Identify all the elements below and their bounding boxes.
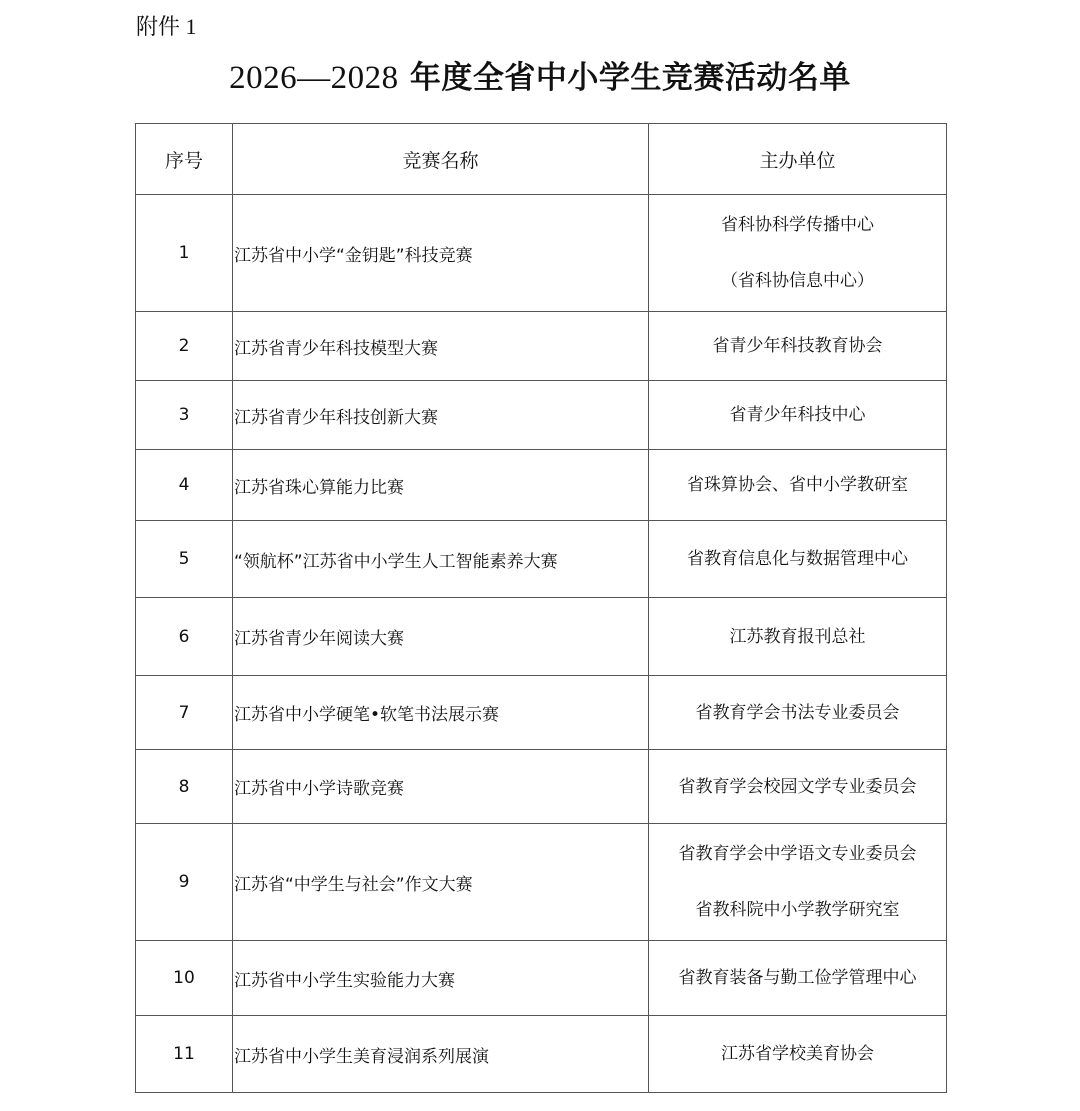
organizer-line: 省教育学会校园文学专业委员会 xyxy=(649,759,946,815)
organizer-cell: 省科协科学传播中心（省科协信息中心） xyxy=(649,195,947,312)
table-row: 2江苏省青少年科技模型大赛省青少年科技教育协会 xyxy=(136,312,947,381)
table-row: 11江苏省中小学生美育浸润系列展演江苏省学校美育协会 xyxy=(136,1016,947,1093)
competition-name: 江苏省中小学硬笔•软笔书法展示赛 xyxy=(233,676,649,750)
organizer-line: 省珠算协会、省中小学教研室 xyxy=(649,457,946,513)
competition-name: 江苏省中小学“金钥匙”科技竞赛 xyxy=(233,195,649,312)
row-number: 4 xyxy=(136,450,233,521)
row-number: 9 xyxy=(136,824,233,941)
organizer-cell: 省青少年科技教育协会 xyxy=(649,312,947,381)
table-row: 8江苏省中小学诗歌竞赛省教育学会校园文学专业委员会 xyxy=(136,750,947,824)
organizer-line: 省教育信息化与数据管理中心 xyxy=(649,531,946,587)
row-number: 11 xyxy=(136,1016,233,1093)
organizer-cell: 江苏教育报刊总社 xyxy=(649,598,947,676)
competition-name: 江苏省中小学诗歌竞赛 xyxy=(233,750,649,824)
row-number: 1 xyxy=(136,195,233,312)
organizer-cell: 省教育装备与勤工俭学管理中心 xyxy=(649,941,947,1016)
table-body: 1江苏省中小学“金钥匙”科技竞赛省科协科学传播中心（省科协信息中心）2江苏省青少… xyxy=(136,195,947,1093)
organizer-cell: 省青少年科技中心 xyxy=(649,381,947,450)
table-header-row: 序号 竞赛名称 主办单位 xyxy=(136,124,947,195)
organizer-line: 省青少年科技中心 xyxy=(649,387,946,443)
organizer-line: 江苏教育报刊总社 xyxy=(649,609,946,665)
competition-name: 江苏省中小学生美育浸润系列展演 xyxy=(233,1016,649,1093)
table-row: 3江苏省青少年科技创新大赛省青少年科技中心 xyxy=(136,381,947,450)
header-competition-name: 竞赛名称 xyxy=(233,124,649,195)
organizer-line: 省青少年科技教育协会 xyxy=(649,318,946,374)
row-number: 5 xyxy=(136,521,233,598)
organizer-line: （省科协信息中心） xyxy=(649,253,946,309)
table-row: 4江苏省珠心算能力比赛省珠算协会、省中小学教研室 xyxy=(136,450,947,521)
competition-name: 江苏省青少年阅读大赛 xyxy=(233,598,649,676)
organizer-cell: 省教育学会校园文学专业委员会 xyxy=(649,750,947,824)
row-number: 8 xyxy=(136,750,233,824)
organizer-cell: 省教育信息化与数据管理中心 xyxy=(649,521,947,598)
organizer-line: 江苏省学校美育协会 xyxy=(649,1026,946,1082)
table-row: 1江苏省中小学“金钥匙”科技竞赛省科协科学传播中心（省科协信息中心） xyxy=(136,195,947,312)
table-row: 5“领航杯”江苏省中小学生人工智能素养大赛省教育信息化与数据管理中心 xyxy=(136,521,947,598)
organizer-cell: 省珠算协会、省中小学教研室 xyxy=(649,450,947,521)
competition-name: 江苏省“中学生与社会”作文大赛 xyxy=(233,824,649,941)
organizer-line: 省科协科学传播中心 xyxy=(649,197,946,253)
row-number: 6 xyxy=(136,598,233,676)
organizer-line: 省教育学会中学语文专业委员会 xyxy=(649,826,946,882)
row-number: 7 xyxy=(136,676,233,750)
table-row: 6江苏省青少年阅读大赛江苏教育报刊总社 xyxy=(136,598,947,676)
title-text: 年度全省中小学生竞赛活动名单 xyxy=(399,60,851,96)
organizer-line: 省教科院中小学教学研究室 xyxy=(649,882,946,938)
title-years: 2026—2028 xyxy=(229,60,399,96)
competition-name: 江苏省青少年科技创新大赛 xyxy=(233,381,649,450)
competition-name: 江苏省中小学生实验能力大赛 xyxy=(233,941,649,1016)
competition-name: “领航杯”江苏省中小学生人工智能素养大赛 xyxy=(233,521,649,598)
table-row: 10江苏省中小学生实验能力大赛省教育装备与勤工俭学管理中心 xyxy=(136,941,947,1016)
row-number: 10 xyxy=(136,941,233,1016)
organizer-cell: 省教育学会中学语文专业委员会省教科院中小学教学研究室 xyxy=(649,824,947,941)
competition-table: 序号 竞赛名称 主办单位 1江苏省中小学“金钥匙”科技竞赛省科协科学传播中心（省… xyxy=(135,123,947,1093)
organizer-cell: 江苏省学校美育协会 xyxy=(649,1016,947,1093)
row-number: 3 xyxy=(136,381,233,450)
header-organizer: 主办单位 xyxy=(649,124,947,195)
organizer-line: 省教育学会书法专业委员会 xyxy=(649,685,946,741)
row-number: 2 xyxy=(136,312,233,381)
organizer-line: 省教育装备与勤工俭学管理中心 xyxy=(649,950,946,1006)
table-row: 9江苏省“中学生与社会”作文大赛省教育学会中学语文专业委员会省教科院中小学教学研… xyxy=(136,824,947,941)
competition-name: 江苏省珠心算能力比赛 xyxy=(233,450,649,521)
document-title: 2026—2028 年度全省中小学生竞赛活动名单 xyxy=(0,52,1080,97)
table-row: 7江苏省中小学硬笔•软笔书法展示赛省教育学会书法专业委员会 xyxy=(136,676,947,750)
attachment-label: 附件 1 xyxy=(136,10,197,41)
organizer-cell: 省教育学会书法专业委员会 xyxy=(649,676,947,750)
competition-name: 江苏省青少年科技模型大赛 xyxy=(233,312,649,381)
header-number: 序号 xyxy=(136,124,233,195)
